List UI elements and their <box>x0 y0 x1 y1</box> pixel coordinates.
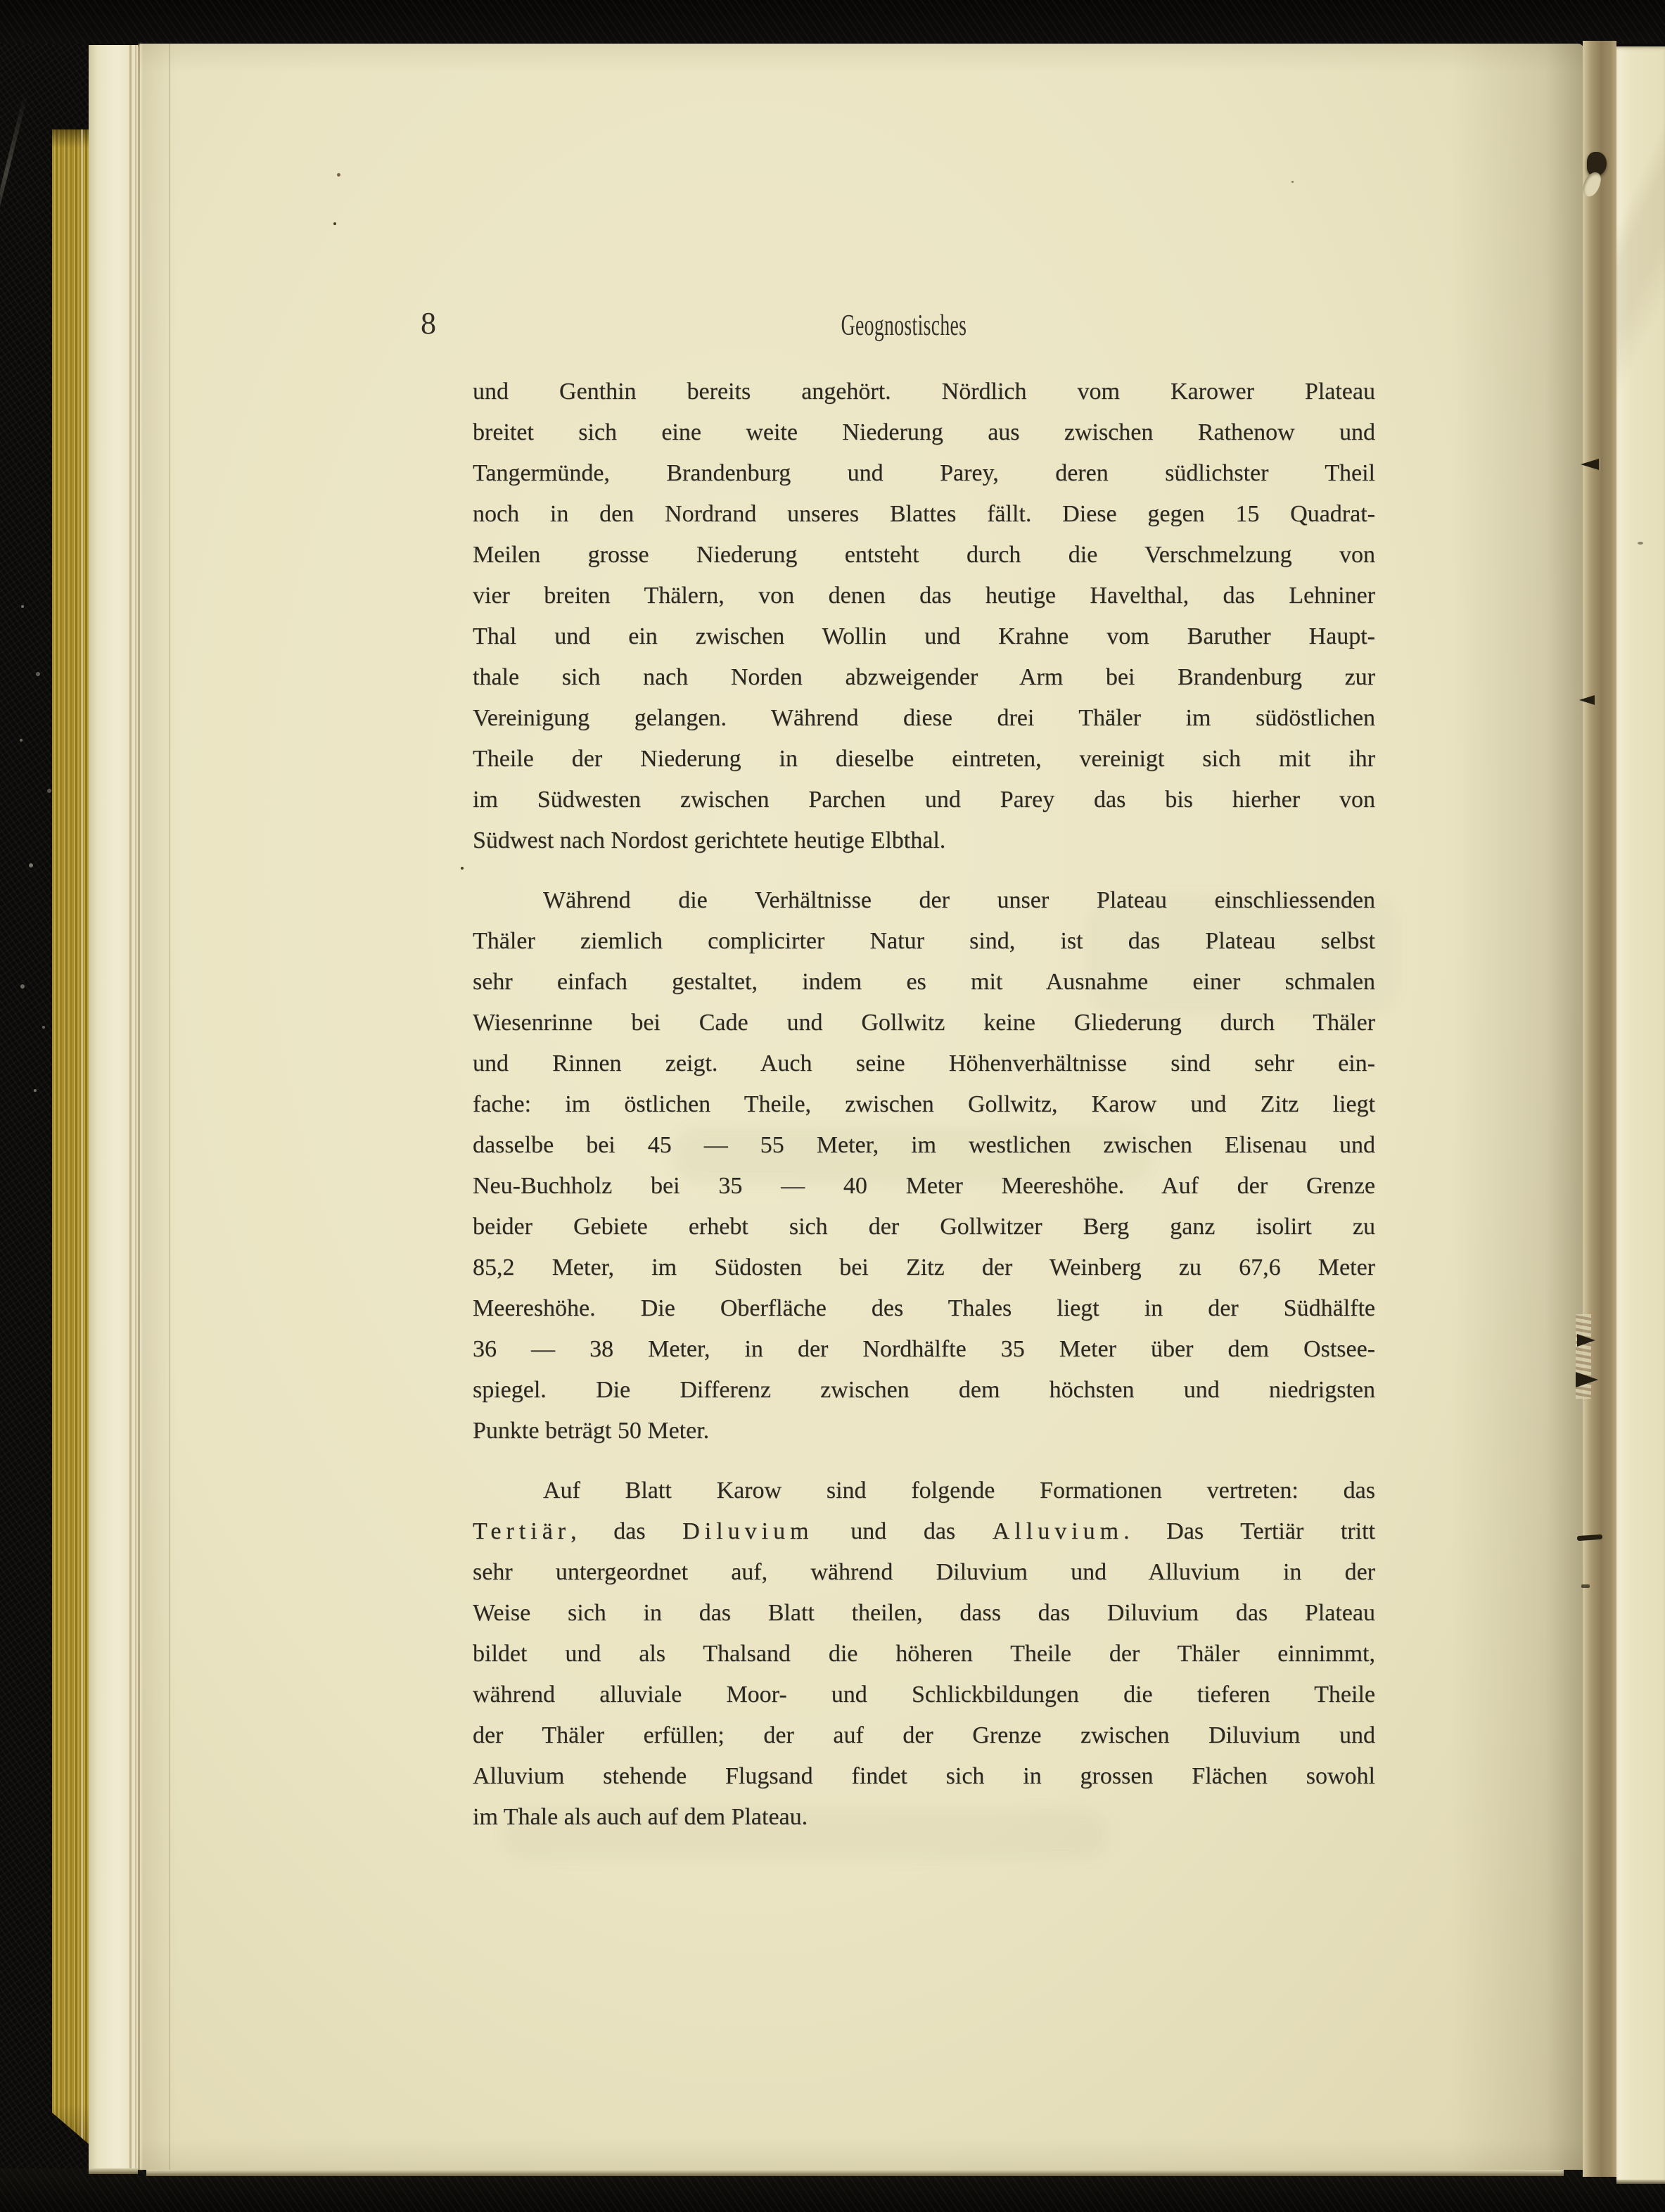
page-crease-line <box>135 45 136 2168</box>
text-segment: , das <box>570 1518 682 1544</box>
text-line-emphasized: Tertiär, das Diluvium und das Alluvium. … <box>473 1511 1375 1552</box>
text-line: sehr einfach gestaltet, indem es mit Aus… <box>473 962 1375 1003</box>
text-line: fache: im östlichen Theile, zwischen Gol… <box>473 1084 1375 1125</box>
running-header: Geognostisches <box>834 311 974 341</box>
text-line: Meereshöhe. Die Oberfläche des Thales li… <box>473 1288 1375 1329</box>
text-line: Thal und ein zwischen Wollin und Krahne … <box>473 616 1375 657</box>
emphasized-term: Diluvium <box>682 1518 813 1544</box>
text-line: Punkte beträgt 50 Meter. <box>473 1411 1375 1451</box>
text-line: Südwest nach Nordost gerichtete heutige … <box>473 820 1375 861</box>
paragraph: und Genthin bereits angehört. Nördlich v… <box>473 371 1375 861</box>
text-line: dasselbe bei 45 — 55 Meter, im westliche… <box>473 1125 1375 1166</box>
text-line: vier breiten Thälern, von denen das heut… <box>473 576 1375 616</box>
page-crease-line <box>138 44 140 2170</box>
foxing-speck <box>461 867 464 870</box>
cover-wear-speckles <box>21 605 24 608</box>
text-line: Meilen grosse Niederung entsteht durch d… <box>473 535 1375 576</box>
emphasized-term: Alluvium <box>993 1518 1123 1544</box>
text-line: spiegel. Die Differenz zwischen dem höch… <box>473 1370 1375 1411</box>
text-line: Vereinigung gelangen. Während diese drei… <box>473 698 1375 739</box>
text-line: und Genthin bereits angehört. Nördlich v… <box>473 371 1375 412</box>
text-line: noch in den Nordrand unseres Blattes fäl… <box>473 494 1375 535</box>
paragraph: Auf Blatt Karow sind folgende Formatione… <box>473 1470 1375 1838</box>
text-line: Alluvium stehende Flugsand findet sich i… <box>473 1756 1375 1797</box>
book-scan-photo: 8 Geognostisches und Genthin bereits ang… <box>0 0 1665 2212</box>
foxing-speck <box>1638 542 1643 545</box>
emphasized-term: Tertiär <box>473 1518 570 1544</box>
text-line: breitet sich eine weite Niederung aus zw… <box>473 412 1375 453</box>
text-line: Thäler ziemlich complicirter Natur sind,… <box>473 921 1375 962</box>
text-segment: und das <box>814 1518 993 1544</box>
gutter-thread-mark <box>1581 1584 1590 1588</box>
text-line: sehr untergeordnet auf, während Diluvium… <box>473 1552 1375 1593</box>
text-block: und Genthin bereits angehört. Nördlich v… <box>473 371 1375 1838</box>
text-line: Tangermünde, Brandenburg und Parey, dere… <box>473 453 1375 494</box>
text-line: der Thäler erfüllen; der auf der Grenze … <box>473 1715 1375 1756</box>
text-line: und Rinnen zeigt. Auch seine Höhenverhäl… <box>473 1043 1375 1084</box>
text-line: im Südwesten zwischen Parchen und Parey … <box>473 780 1375 820</box>
text-line: thale sich nach Norden abzweigender Arm … <box>473 657 1375 698</box>
text-line: Auf Blatt Karow sind folgende Formatione… <box>473 1470 1375 1511</box>
foxing-speck <box>333 222 336 225</box>
text-line: Während die Verhältnisse der unser Plate… <box>473 880 1375 921</box>
page-edge-stack <box>89 45 138 2168</box>
text-line: beider Gebiete erhebt sich der Gollwitze… <box>473 1207 1375 1247</box>
book-cover-top-edge <box>0 0 1665 44</box>
text-segment: . Das Tertiär tritt <box>1123 1518 1375 1544</box>
text-line: Wiesenrinne bei Cade und Gollwitz keine … <box>473 1003 1375 1043</box>
page-crease-line <box>169 44 170 2170</box>
text-line: 85,2 Meter, im Südosten bei Zitz der Wei… <box>473 1247 1375 1288</box>
text-line: im Thale als auch auf dem Plateau. <box>473 1797 1375 1838</box>
text-line: 36 — 38 Meter, in der Nordhälfte 35 Mete… <box>473 1329 1375 1370</box>
gilt-edge-line <box>81 129 83 2166</box>
page-number: 8 <box>421 308 436 339</box>
text-line: während alluviale Moor- und Schlickbildu… <box>473 1674 1375 1715</box>
page-crease-line <box>129 45 132 2168</box>
foxing-speck <box>337 173 340 177</box>
text-line: Weise sich in das Blatt theilen, dass da… <box>473 1593 1375 1634</box>
foxing-speck <box>1291 181 1294 183</box>
text-line: bildet und als Thalsand die höheren Thei… <box>473 1634 1375 1674</box>
text-line: Theile der Niederung in dieselbe eintret… <box>473 739 1375 780</box>
paragraph: Während die Verhältnisse der unser Plate… <box>473 880 1375 1451</box>
next-page-edge <box>1616 46 1665 2180</box>
book-page: 8 Geognostisches und Genthin bereits ang… <box>138 44 1584 2170</box>
book-gutter-shadow <box>1583 41 1616 2177</box>
text-line: Neu-Buchholz bei 35 — 40 Meter Meereshöh… <box>473 1166 1375 1207</box>
